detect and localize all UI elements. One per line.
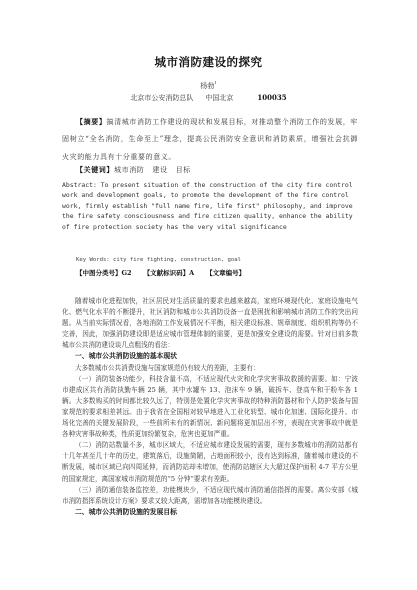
chinese-keywords: 【关键词】城市消防建设目标 xyxy=(76,165,191,175)
doc-code-value: A xyxy=(189,269,194,277)
chinese-abstract: 【摘要】搞清城市消防工作建设的现状和发展目标，对推动整个消防工作的发展，牢固树立… xyxy=(62,113,358,166)
author-footnote-marker: 1 xyxy=(214,80,217,85)
clc-value: G2 xyxy=(122,269,132,277)
keyword-3: 目标 xyxy=(176,166,191,174)
keyword-1: 城市消防 xyxy=(114,166,144,174)
intro-paragraph: 随着城市化进程加快，社区居民对生活质量的要求也越来越高，家庭环境现代化、家庭设施… xyxy=(62,296,358,351)
author-name: 杨勃 xyxy=(200,82,214,90)
abstract-label: 【摘要】 xyxy=(76,117,107,126)
keywords-label: 【关键词】 xyxy=(76,165,114,174)
doc-code-label: 【文献标识码】 xyxy=(144,269,190,277)
section-1-heading: 一、城市公共消防设施的基本现状 xyxy=(62,351,358,362)
section-2-heading: 二、城市公共消防设施的发展目标 xyxy=(62,507,358,518)
paper-title: 城市消防建设的探究 xyxy=(0,54,417,70)
section-1-lead: 大多数城市公共消费设施与国家规范仍有较大的差距，主要有： xyxy=(62,363,358,374)
clc-label: 【中图分类号】 xyxy=(76,269,122,277)
english-keywords: Key Words: city fire fighting, construct… xyxy=(76,257,241,263)
keyword-2: 建设 xyxy=(152,166,167,174)
affiliation-postcode: 100035 xyxy=(257,93,286,102)
affiliation-org: 北京市公安消防总队 xyxy=(130,94,193,102)
author-line: 杨勃1 xyxy=(0,80,417,91)
abstract-text: 搞清城市消防工作建设的现状和发展目标，对推动整个消防工作的发展，牢固树立“全名消… xyxy=(62,118,358,161)
classification-line: 【中图分类号】G2【文献标识码】A【文章编号】 xyxy=(76,268,245,277)
affiliation-line: 北京市公安消防总队中国北京100035 xyxy=(0,93,417,103)
section-1-item-1: （一）消防装备功能少，科技含量不高，不适应现代火灾和化学灾害事故救援的需要。如：… xyxy=(62,374,358,441)
section-1-item-3: （三）消防通信装备监控差，功能模块少，不适应现代城市消防通信指挥的需要。离公安部… xyxy=(62,485,358,507)
body-text: 随着城市化进程加快，社区居民对生活质量的要求也越来越高，家庭环境现代化、家庭设施… xyxy=(62,296,358,518)
document-page: 城市消防建设的探究 杨勃1 北京市公安消防总队中国北京100035 【摘要】搞清… xyxy=(0,0,417,590)
article-number-label: 【文章编号】 xyxy=(206,269,245,277)
english-abstract: Abstract: To present situation of the co… xyxy=(62,180,362,232)
affiliation-location: 中国北京 xyxy=(205,94,233,102)
section-1-item-2: （二）消防站数量不多，城市区域大，不适应城市建设发展的需要，现有多数城市的消防站… xyxy=(62,440,358,484)
